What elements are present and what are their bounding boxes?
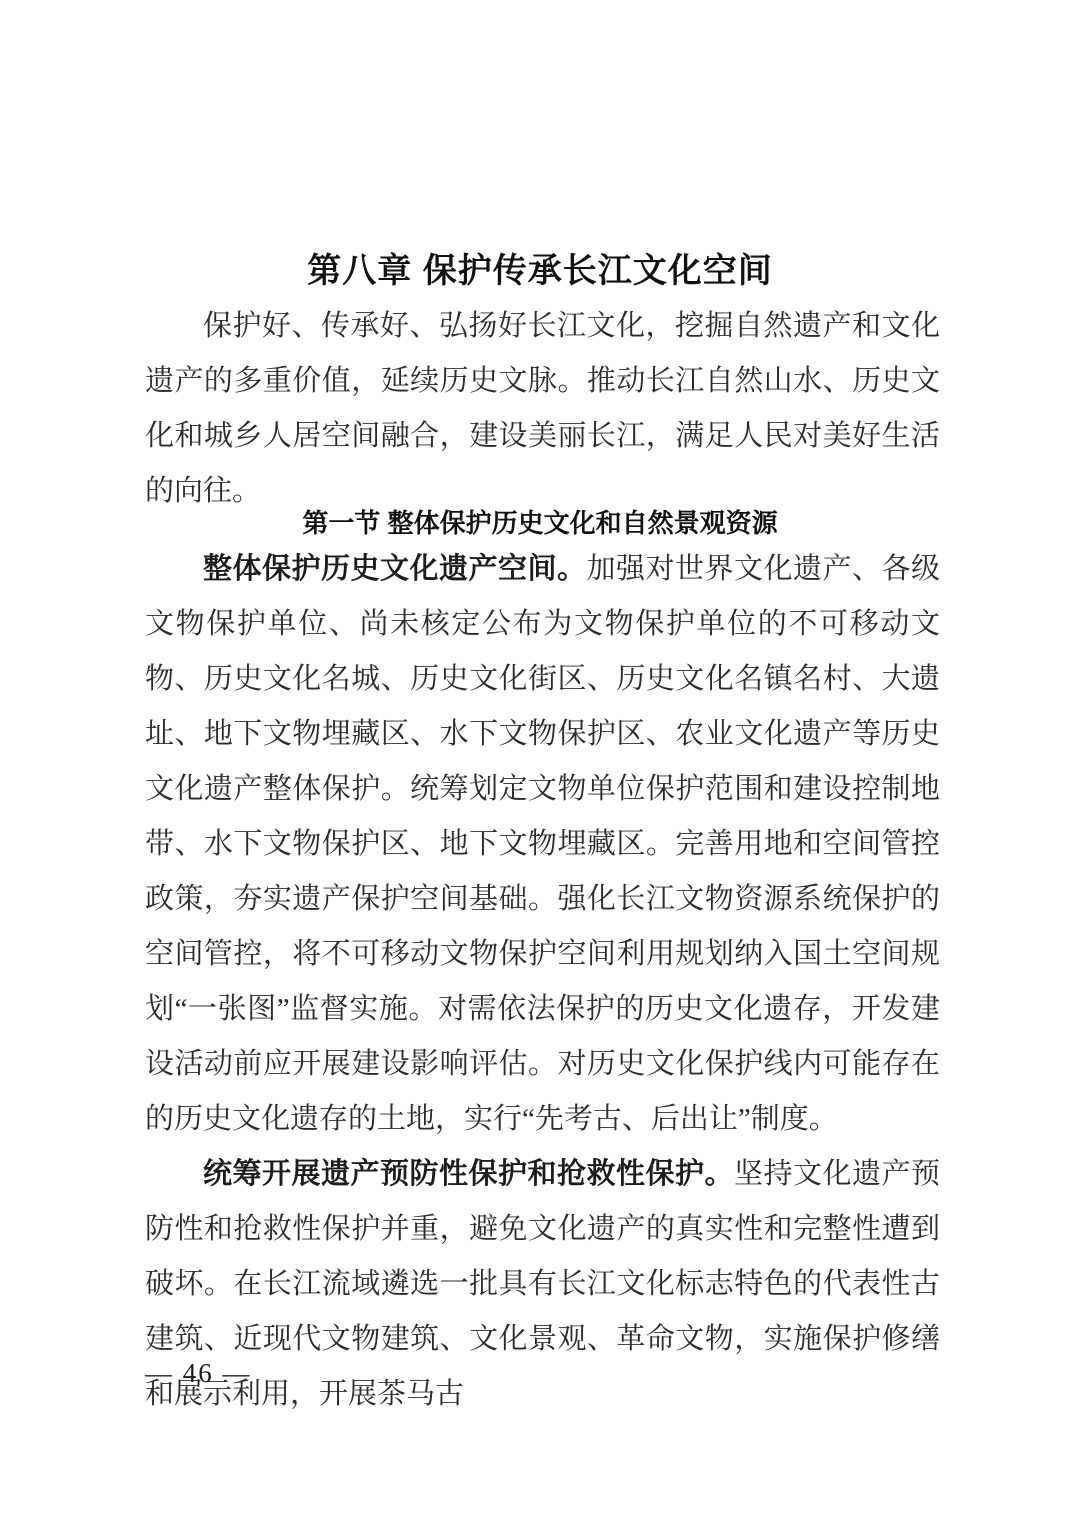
paragraph: 整体保护历史文化遗产空间。加强对世界文化遗产、各级文物保护单位、尚未核定公布为文… [145, 542, 940, 1147]
document-page: 第八章 保护传承长江文化空间 保护好、传承好、弘扬好长江文化，挖掘自然遗产和文化… [0, 0, 1080, 1527]
page-number: — 46 — [145, 1358, 252, 1389]
paragraph-body: 坚持文化遗产预防性和抢救性保护并重，避免文化遗产的真实性和完整性遭到破坏。在长江… [145, 1158, 940, 1410]
section-body: 整体保护历史文化遗产空间。加强对世界文化遗产、各级文物保护单位、尚未核定公布为文… [145, 542, 940, 1422]
paragraph-body: 加强对世界文化遗产、各级文物保护单位、尚未核定公布为文物保护单位的不可移动文物、… [145, 553, 940, 1135]
section-title: 第一节 整体保护历史文化和自然景观资源 [0, 503, 1080, 540]
paragraph-lead: 统筹开展遗产预防性保护和抢救性保护。 [203, 1158, 734, 1190]
paragraph: 统筹开展遗产预防性保护和抢救性保护。坚持文化遗产预防性和抢救性保护并重，避免文化… [145, 1147, 940, 1422]
paragraph-lead: 整体保护历史文化遗产空间。 [203, 553, 586, 585]
intro-paragraph: 保护好、传承好、弘扬好长江文化，挖掘自然遗产和文化遗产的多重价值，延续历史文脉。… [145, 299, 940, 519]
chapter-title: 第八章 保护传承长江文化空间 [0, 243, 1080, 292]
